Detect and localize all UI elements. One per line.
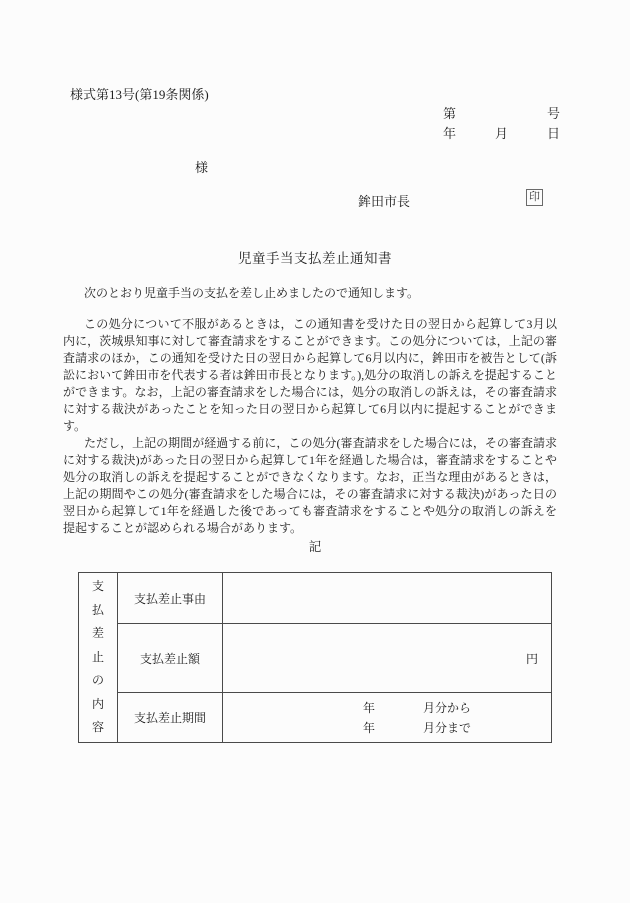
row-value-amount-unit: 円 — [223, 624, 551, 692]
row-value-period: 年 月分から 年 月分まで — [223, 693, 551, 742]
paragraph-appeal-rights: この処分について不服があるときは，この通知書を受けた日の翌日から起算して3月以内… — [63, 316, 557, 435]
row-label-reason: 支払差止事由 — [118, 573, 223, 623]
table-row-amount: 支払差止額 円 — [118, 624, 551, 693]
body-paragraphs: この処分について不服があるときは，この通知書を受けた日の翌日から起算して3月以内… — [63, 316, 557, 537]
table-vertical-header: 支払差止の内容 — [79, 573, 118, 742]
table-row-period: 支払差止期間 年 月分から 年 月分まで — [118, 693, 551, 742]
table-rows: 支払差止事由 支払差止額 円 支払差止期間 年 月分から 年 月分まで — [118, 573, 551, 742]
period-to-line: 年 月分まで — [363, 718, 471, 738]
row-label-amount: 支払差止額 — [118, 624, 223, 692]
table-row-reason: 支払差止事由 — [118, 573, 551, 624]
form-number: 様式第13号(第19条関係) — [70, 84, 209, 103]
row-label-period: 支払差止期間 — [118, 693, 223, 742]
ki-marker: 記 — [0, 537, 630, 555]
date-line: 年 月 日 — [443, 123, 560, 142]
table-vertical-header-text: 支払差止の内容 — [92, 575, 105, 740]
document-number-line: 第 号 — [443, 103, 560, 122]
addressee-honorific: 様 — [195, 157, 208, 176]
document-title: 児童手当支払差止通知書 — [0, 247, 630, 267]
seal-placeholder: 印 — [526, 189, 543, 206]
suspension-details-table: 支払差止の内容 支払差止事由 支払差止額 円 支払差止期間 年 月分から 年 月… — [78, 572, 552, 743]
intro-sentence: 次のとおり児童手当の支払を差し止めましたので通知します。 — [63, 284, 557, 301]
document-page: 様式第13号(第19条関係) 第 号 年 月 日 様 鉾田市長 印 児童手当支払… — [0, 0, 630, 903]
row-value-reason — [223, 573, 551, 623]
paragraph-time-limits: ただし，上記の期間が経過する前に，この処分(審査請求をした場合には，その審査請求… — [63, 435, 557, 537]
period-from-line: 年 月分から — [363, 698, 471, 718]
sender-name: 鉾田市長 — [358, 191, 410, 210]
